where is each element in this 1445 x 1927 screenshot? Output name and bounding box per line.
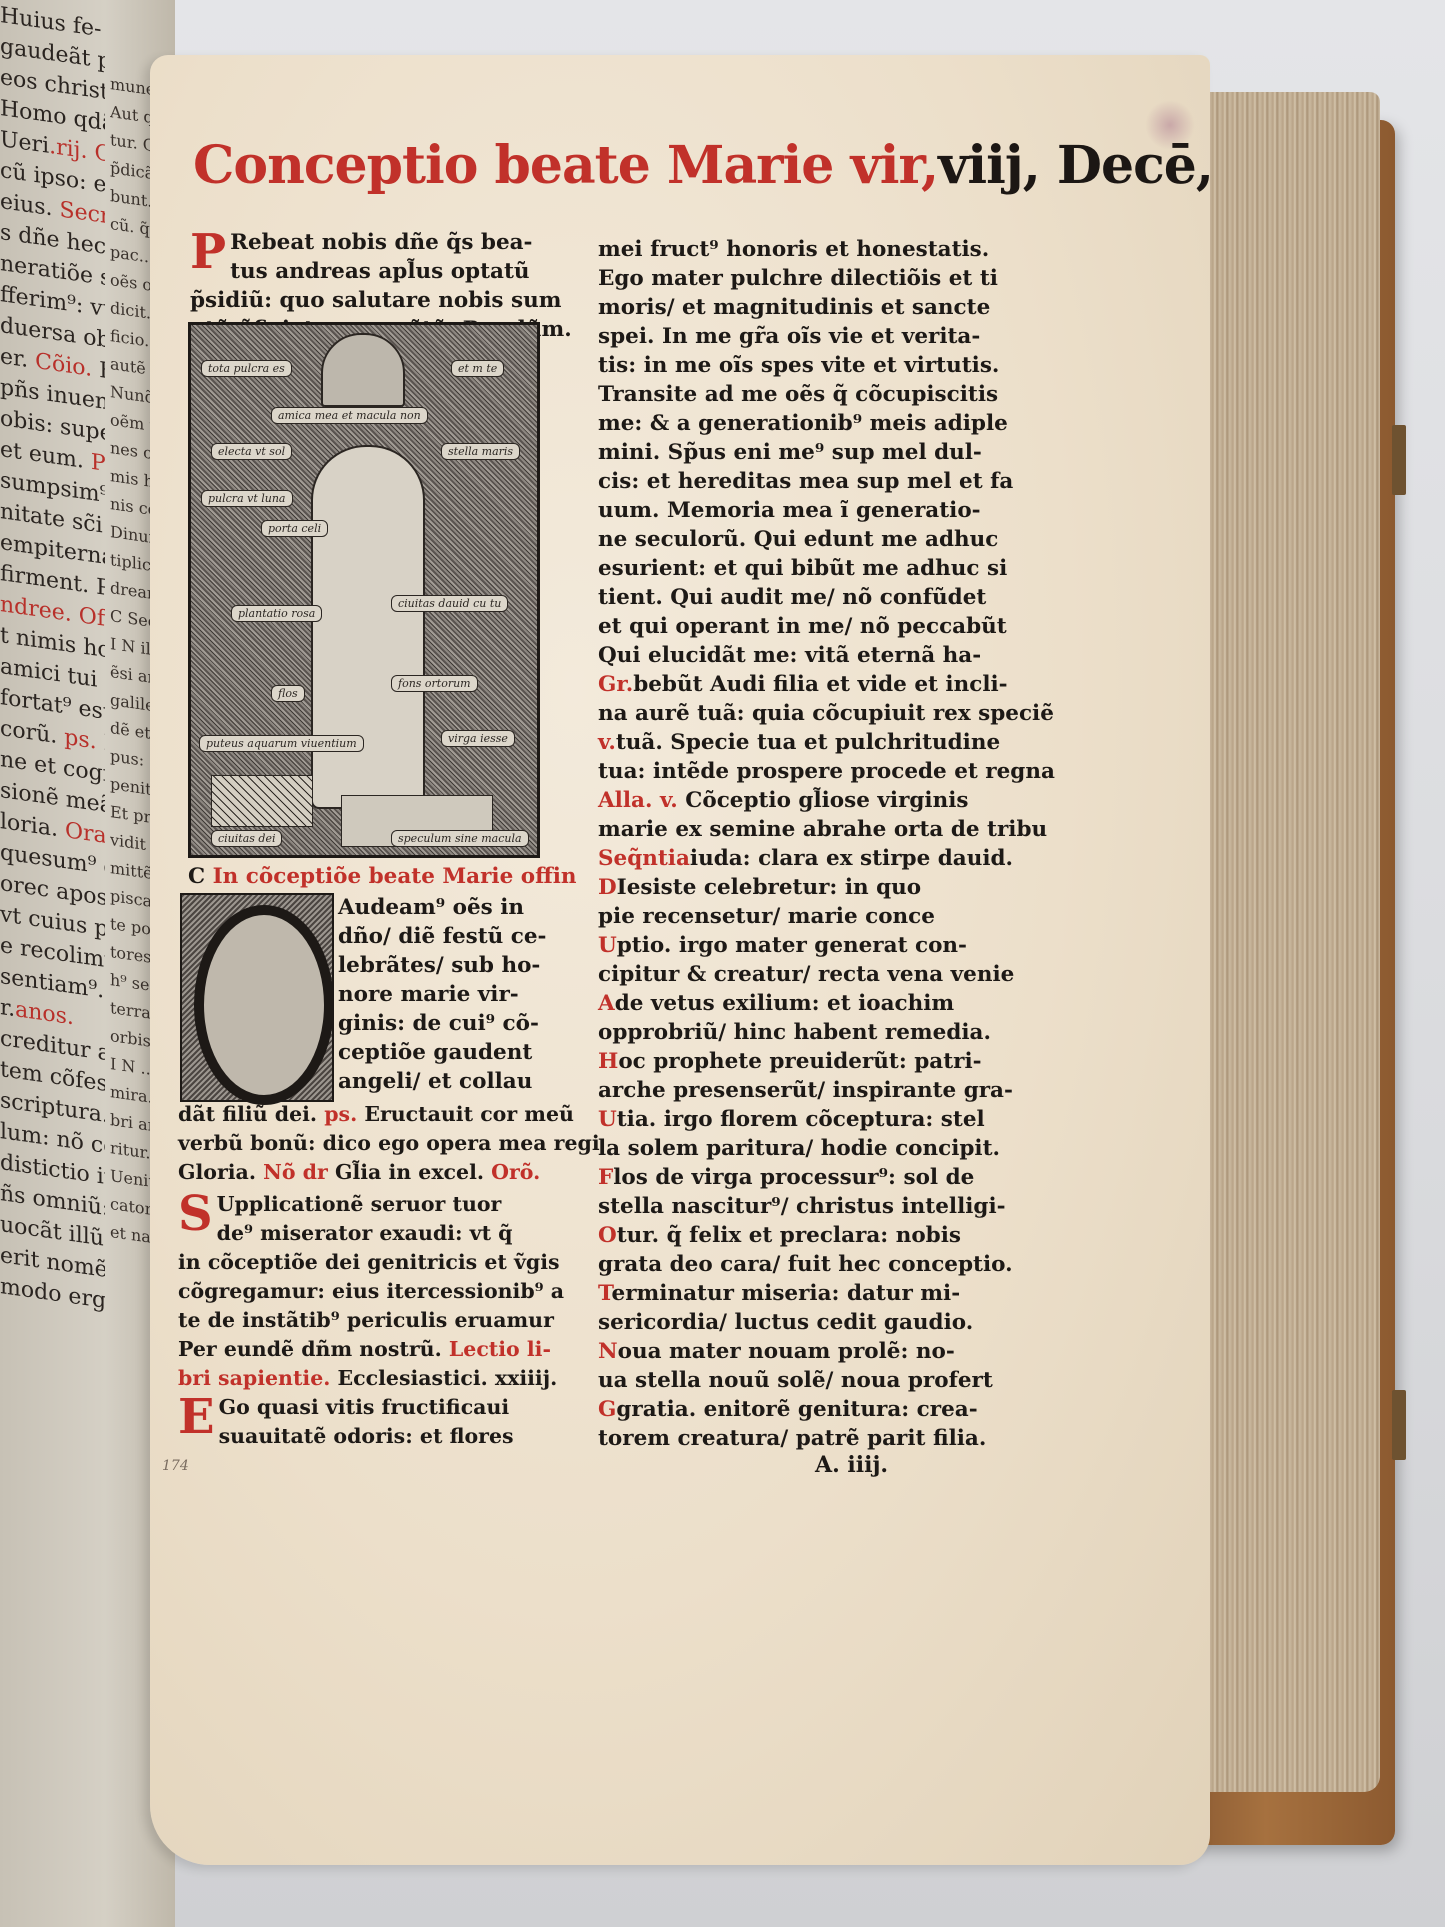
text: irgo florem cõceptura: stel — [664, 1107, 985, 1132]
text-line: in cõceptiõe dei genitricis et ṽgis — [178, 1248, 564, 1277]
text: Dñe — [97, 730, 105, 759]
text-line: Noua mater nouam prolẽ: no- — [598, 1337, 988, 1366]
text-line: Seq̃ntiaiuda: clara ex stirpe dauid. — [598, 844, 988, 873]
text-line: ua stella nouũ solẽ/ noua profert — [598, 1366, 988, 1395]
office-rubric: C In cõceptiõe beate Marie offin — [188, 862, 577, 891]
text-line: v.tuã. Specie tua et pulchritudine — [598, 728, 988, 757]
text: ua stella nouũ solẽ/ noua profert — [598, 1368, 993, 1393]
rubric: H — [598, 1049, 618, 1074]
text: ne seculorũ. Qui edunt me adhuc — [598, 527, 998, 552]
rubric: ps. — [64, 725, 96, 755]
text-line: Utia. irgo florem cõceptura: stel — [598, 1105, 988, 1134]
text-line: Rebeat nobis dñe q̃s bea- — [190, 228, 550, 257]
text-line: dño/ diẽ festũ ce- — [338, 922, 546, 951]
text: tia. — [617, 1107, 664, 1132]
text-line: Otur. q̃ felix et preclara: nobis — [598, 1221, 988, 1250]
rubric: F — [598, 1165, 613, 1190]
text-line: grata deo cara/ fuit hec conceptio. — [598, 1250, 988, 1279]
text: esurient: et qui bibũt me adhuc si — [598, 556, 1007, 581]
text-line: DIesiste celebretur: in quo — [598, 873, 988, 902]
text: irgo mater generat con- — [679, 933, 967, 958]
text: torem creatura/ patrẽ parit filia. — [598, 1426, 986, 1451]
rubric: Nõ dr — [263, 1160, 328, 1184]
text-line: Ego mater pulchre dilectiõis et ti — [598, 264, 988, 293]
right-column: mei fruct⁹ honoris et honestatis.Ego mat… — [598, 235, 988, 1453]
text-line: Flos de virga processur⁹: sol de — [598, 1163, 988, 1192]
text-line: Ade vetus exilium: et ioachim — [598, 989, 988, 1018]
scroll-label: ciuitas dauid cu tu — [391, 595, 508, 612]
initial-g-letterform — [194, 905, 334, 1105]
text-line: et qui operant in me/ nõ peccabũt — [598, 612, 988, 641]
running-head: Conceptio beate Marie vir,viij, Decē, — [193, 135, 1213, 196]
scroll-label: puteus aquarum viuentium — [199, 735, 364, 752]
text: bebũt — [633, 672, 710, 697]
rubric: v. — [598, 730, 616, 755]
text-line: torem creatura/ patrẽ parit filia. — [598, 1424, 988, 1453]
text: me: & a generationib⁹ meis adiple — [598, 411, 1008, 436]
text: tua: intẽde prospere procede et regna — [598, 759, 1055, 784]
text-line: tient. Qui audit me/ nõ confũdet — [598, 583, 988, 612]
text: spei. In me gr̃a oĩs vie et verita- — [598, 324, 980, 349]
rubric: Lectio li- — [449, 1337, 551, 1361]
running-head-rubric: Conceptio beate Marie vir, — [193, 135, 938, 196]
text: Ecclesiastici. xxiiij. — [330, 1366, 557, 1390]
paragraph-mark: C — [188, 864, 205, 889]
page-block-edge — [1190, 92, 1380, 1792]
text-line: ginis: de cui⁹ cõ- — [338, 1009, 546, 1038]
rubric: T — [598, 1281, 612, 1306]
rubric: v. — [660, 788, 678, 813]
text: Gloria. — [178, 1160, 263, 1184]
text: Eructauit cor meũ — [357, 1102, 574, 1126]
clasp-upper — [1392, 425, 1406, 495]
rubric: O — [598, 1223, 617, 1248]
text: tis: in me oĩs spes vite et virtutis. — [598, 353, 999, 378]
text-line: na aurẽ tuã: quia cõcupiuit rex speciẽ — [598, 699, 988, 728]
text-line: spei. In me gr̃a oĩs vie et verita- — [598, 322, 988, 351]
text-line: Transite ad me oẽs q̃ cõcupiscitis — [598, 380, 988, 409]
text-line: uum. Memoria mea ĩ generatio- — [598, 496, 988, 525]
rubric: N — [598, 1339, 618, 1364]
signature-mark: A. iiij. — [815, 1452, 888, 1478]
text: uum. Memoria mea ĩ generatio- — [598, 498, 981, 523]
scroll-label: fons ortorum — [391, 675, 478, 692]
text: pie recensetur/ marie conce — [598, 904, 935, 929]
text-line: Upplicationẽ seruor tuor — [178, 1190, 564, 1219]
text-line: la solem paritura/ hodie concipit. — [598, 1134, 988, 1163]
text-line: me: & a generationib⁹ meis adiple — [598, 409, 988, 438]
scroll-label: electa vt sol — [211, 443, 292, 460]
text-line: stella nascitur⁹/ christus intelligi- — [598, 1192, 988, 1221]
text: Gl̃ia in excel. — [328, 1160, 491, 1184]
initial-p: P — [190, 228, 226, 276]
rubric: U — [598, 933, 617, 958]
text: na aurẽ tuã: quia cõcupiuit rex speciẽ — [598, 701, 1054, 726]
text: r. — [0, 995, 15, 1022]
text: oua mater nouam prolẽ: no- — [618, 1339, 955, 1364]
scroll-label: tota pulcra es — [201, 360, 292, 377]
text — [652, 788, 660, 813]
text: er. — [0, 344, 35, 374]
running-head-date: viij, Decē, — [938, 135, 1213, 196]
text-line: Ggratia. enitorẽ genitura: crea- — [598, 1395, 988, 1424]
text: q̃ felix et preclara: nobis — [667, 1223, 961, 1248]
text: arche presenserũt/ inspirante gra- — [598, 1078, 1013, 1103]
rubric-heading: In cõceptiõe beate Marie offin — [213, 864, 577, 889]
text-line: tua: intẽde prospere procede et regna — [598, 757, 988, 786]
text-line: mei fruct⁹ honoris et honestatis. — [598, 235, 988, 264]
scroll-label: porta celi — [261, 520, 328, 537]
text: stella nascitur⁹/ christus intelligi- — [598, 1194, 1006, 1219]
text: la solem paritura/ hodie concipit. — [598, 1136, 1000, 1161]
historiated-initial-g — [180, 893, 334, 1102]
text-line: te de instãtib⁹ periculis eruamur — [178, 1306, 564, 1335]
text-line: Audeam⁹ oẽs in — [338, 893, 546, 922]
introit-text: Audeam⁹ oẽs in dño/ diẽ festũ ce- lebrãt… — [338, 893, 546, 1096]
scroll-label: virga iesse — [441, 730, 515, 747]
scroll-label: et m te — [451, 360, 504, 377]
text: cipitur & creatur/ recta vena venie — [598, 962, 1014, 987]
text: Ego mater pulchre dilectiõis et ti — [598, 266, 998, 291]
initial-s: S — [178, 1190, 213, 1238]
rubric: Gr. — [598, 672, 633, 697]
scroll-label: pulcra vt luna — [201, 490, 293, 507]
text: mini. Sp̃us eni me⁹ sup mel dul- — [598, 440, 982, 465]
text: dãt filiũ dei. — [178, 1102, 324, 1126]
text: tuã. — [616, 730, 670, 755]
text: oc prophete preuiderũt: patri- — [618, 1049, 981, 1074]
god-the-father-figure — [321, 333, 405, 407]
text: tur. — [617, 1223, 667, 1248]
text-line: Go quasi vitis fructificaui — [178, 1393, 564, 1422]
text-line: angeli/ et collau — [338, 1067, 546, 1096]
text: et qui operant in me/ nõ peccabũt — [598, 614, 1007, 639]
text: Specie tua et pulchritudine — [670, 730, 1000, 755]
text-line: cis: et hereditas mea sup mel et fa — [598, 467, 988, 496]
text-line: ceptiõe gaudent — [338, 1038, 546, 1067]
text-line: nore marie vir- — [338, 980, 546, 1009]
text-line: Hoc prophete preuiderũt: patri- — [598, 1047, 988, 1076]
text: cis: et hereditas mea sup mel et fa — [598, 469, 1013, 494]
text-line: arche presenserũt/ inspirante gra- — [598, 1076, 988, 1105]
text-line: Gr.bebũt Audi filia et vide et incli- — [598, 670, 988, 699]
virgin-figure — [311, 445, 425, 809]
facing-left-page: Huius fe-gaudeãt per se-eos christ⁹: pos… — [0, 0, 175, 1927]
scroll-label: ciuitas dei — [211, 830, 282, 847]
clasp-lower — [1392, 1390, 1406, 1460]
text: de vetus exilium: et ioachim — [615, 991, 955, 1016]
text: moris/ et magnitudinis et sancte — [598, 295, 990, 320]
rubric: A — [598, 991, 615, 1016]
text-line: cipitur & creatur/ recta vena venie — [598, 960, 988, 989]
rubric: Cõio. — [35, 349, 92, 382]
text-line: marie ex semine abrahe orta de tribu — [598, 815, 988, 844]
text-line: ne seculorũ. Qui edunt me adhuc — [598, 525, 988, 554]
text: grata deo cara/ fuit hec conceptio. — [598, 1252, 1013, 1277]
text-line: opprobriũ/ hinc habent remedia. — [598, 1018, 988, 1047]
text-line: suauitatẽ odoris: et flores — [178, 1422, 564, 1451]
text: sericordia/ luctus cedit gaudio. — [598, 1310, 973, 1335]
rubric: bri sapientie. — [178, 1366, 330, 1390]
text-line: Terminatur miseria: datur mi- — [598, 1279, 988, 1308]
text: Iesiste celebretur: in quo — [617, 875, 921, 900]
text-line: p̃sidiũ: quo salutare nobis sum — [190, 286, 550, 315]
text-line: Uptio. irgo mater generat con- — [598, 931, 988, 960]
text-line: sericordia/ luctus cedit gaudio. — [598, 1308, 988, 1337]
text: enitorẽ genitura: crea- — [704, 1397, 978, 1422]
text: los de virga processur⁹: sol de — [613, 1165, 974, 1190]
text: Cõceptio gl̃iose virginis — [678, 788, 969, 813]
text: verbũ bonũ: dico ego opera mea regi — [178, 1131, 600, 1155]
rubric: G — [598, 1397, 616, 1422]
rubric: ps. — [324, 1102, 357, 1126]
text: iuda: clara ex stirpe dauid. — [690, 846, 1013, 871]
text-line: de⁹ miserator exaudi: vt q̃ — [178, 1219, 564, 1248]
text-line: Alla. v. Cõceptio gl̃iose virginis — [598, 786, 988, 815]
text: Ueri — [0, 127, 49, 159]
scroll-label: stella maris — [441, 443, 520, 460]
text: Transite ad me oẽs q̃ cõcupiscitis — [598, 382, 998, 407]
rubric: Alla. — [598, 788, 652, 813]
text-line: mini. Sp̃us eni me⁹ sup mel dul- — [598, 438, 988, 467]
initial-e: E — [178, 1393, 215, 1441]
text-line: tis: in me oĩs spes vite et virtutis. — [598, 351, 988, 380]
text-line: lebrãtes/ sub ho- — [338, 951, 546, 980]
scroll-label: speculum sine macula — [391, 830, 529, 847]
rubric: D — [598, 875, 617, 900]
text-line: cõgregamur: eius itercessionib⁹ a — [178, 1277, 564, 1306]
folio-number: 174 — [162, 1458, 189, 1474]
text-line: Qui elucidãt me: vitã eternã ha- — [598, 641, 988, 670]
rubric: Postcõ — [91, 450, 105, 480]
text: opprobriũ/ hinc habent remedia. — [598, 1020, 991, 1045]
text: Qui elucidãt me: vitã eternã ha- — [598, 643, 981, 668]
introit-continuation: dãt filiũ dei. ps. Eructauit cor meũ ver… — [178, 1100, 600, 1187]
text: Per eundẽ dñm nostrũ. — [178, 1337, 449, 1361]
rubric: Orõ. — [491, 1160, 540, 1184]
scroll-label: amica mea et macula non — [271, 407, 428, 424]
text: Audi filia et vide et incli- — [710, 672, 1008, 697]
enclosed-garden — [211, 775, 313, 827]
text: Beat — [92, 357, 105, 387]
text-line: pie recensetur/ marie conce — [598, 902, 988, 931]
scroll-label: plantatio rosa — [231, 605, 322, 622]
rubric: U — [598, 1107, 617, 1132]
text-line: tus andreas apl̃us optatũ — [190, 257, 550, 286]
woodcut-virgin-tota-pulchra: tota pulcra es et m te amica mea et macu… — [188, 322, 540, 858]
text: erminatur miseria: datur mi- — [612, 1281, 961, 1306]
text: tient. Qui audit me/ nõ confũdet — [598, 585, 986, 610]
text-line: esurient: et qui bibũt me adhuc si — [598, 554, 988, 583]
text: gratia. — [616, 1397, 703, 1422]
scroll-label: flos — [271, 685, 305, 702]
text: marie ex semine abrahe orta de tribu — [598, 817, 1047, 842]
text: mei fruct⁹ honoris et honestatis. — [598, 237, 989, 262]
oratio: S Upplicationẽ seruor tuor de⁹ miserator… — [178, 1190, 564, 1451]
text-line: moris/ et magnitudinis et sancte — [598, 293, 988, 322]
text: ptio. — [617, 933, 679, 958]
rubric: Seq̃ntia — [598, 846, 690, 871]
